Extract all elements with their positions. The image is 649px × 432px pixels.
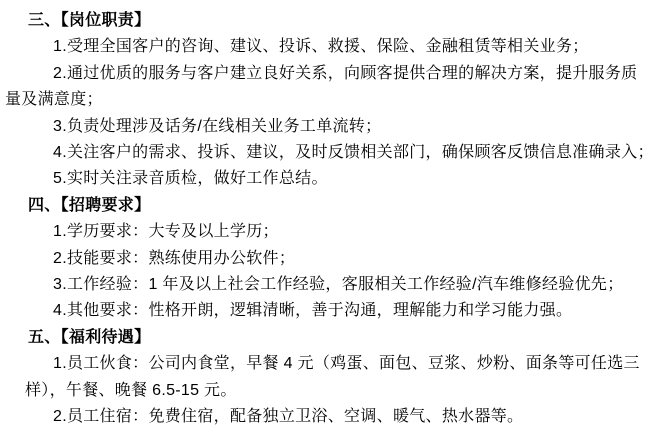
benefit-item-1: 1.员工伙食：公司内食堂，早餐 4 元（鸡蛋、面包、豆浆、炒粉、面条等可任选三 (0, 351, 649, 377)
benefit-item-1-wrap: 样），午餐、晚餐 6.5-15 元。 (0, 378, 649, 404)
section-job-duties: 三、【岗位职责】 1.受理全国客户的咨询、建议、投诉、救援、保险、金融租赁等相关… (0, 8, 649, 193)
requirement-item-4: 4.其他要求：性格开朗，逻辑清晰，善于沟通，理解能力和学习能力强。 (0, 298, 649, 324)
requirement-item-3: 3.工作经验：1 年及以上社会工作经验，客服相关工作经验/汽车维修经验优先； (0, 272, 649, 298)
duty-item-5: 5.实时关注录音质检，做好工作总结。 (0, 166, 649, 192)
heading-job-duties: 三、【岗位职责】 (0, 8, 649, 34)
job-posting-document: 三、【岗位职责】 1.受理全国客户的咨询、建议、投诉、救援、保险、金融租赁等相关… (0, 0, 649, 432)
duty-item-2-wrap: 量及满意度； (0, 87, 649, 113)
requirement-item-1: 1.学历要求：大专及以上学历； (0, 219, 649, 245)
section-benefits: 五、【福利待遇】 1.员工伙食：公司内食堂，早餐 4 元（鸡蛋、面包、豆浆、炒粉… (0, 325, 649, 431)
duty-item-2: 2.通过优质的服务与客户建立良好关系，向顾客提供合理的解决方案，提升服务质 (0, 61, 649, 87)
heading-recruitment-requirements: 四、【招聘要求】 (0, 193, 649, 219)
requirement-item-2: 2.技能要求：熟练使用办公软件； (0, 246, 649, 272)
heading-benefits: 五、【福利待遇】 (0, 325, 649, 351)
section-recruitment-requirements: 四、【招聘要求】 1.学历要求：大专及以上学历； 2.技能要求：熟练使用办公软件… (0, 193, 649, 325)
duty-item-3: 3.负责处理涉及话务/在线相关业务工单流转； (0, 114, 649, 140)
benefit-item-2: 2.员工住宿：免费住宿，配备独立卫浴、空调、暖气、热水器等。 (0, 404, 649, 430)
duty-item-4: 4.关注客户的需求、投诉、建议，及时反馈相关部门，确保顾客反馈信息准确录入； (0, 140, 649, 166)
duty-item-1: 1.受理全国客户的咨询、建议、投诉、救援、保险、金融租赁等相关业务； (0, 34, 649, 60)
